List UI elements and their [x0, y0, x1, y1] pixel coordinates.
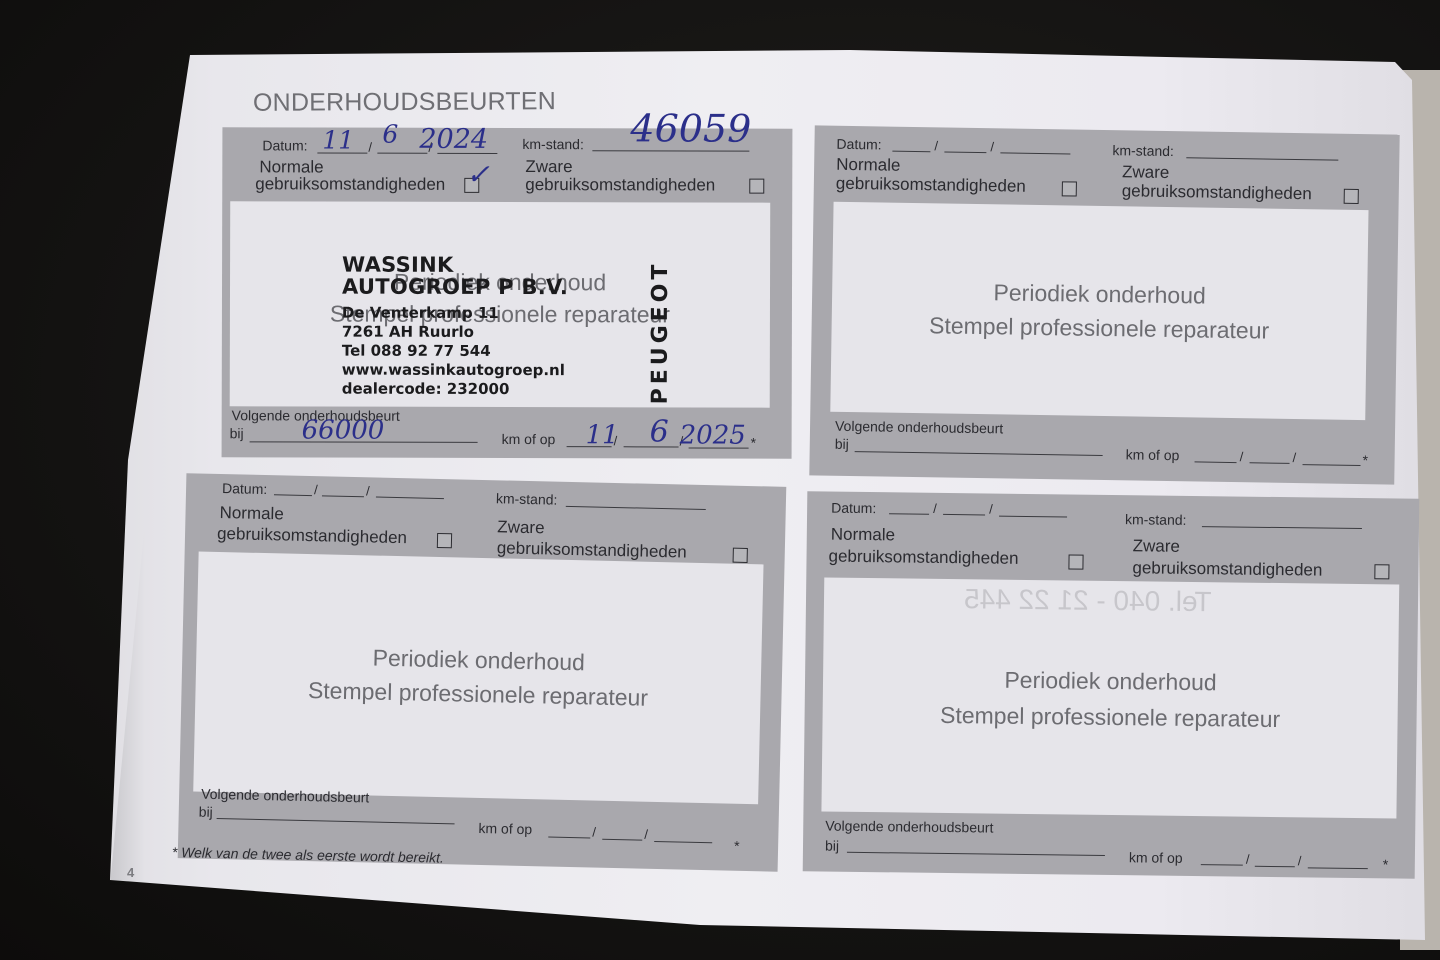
date-label: Datum:: [262, 137, 307, 153]
km-or-on-label: km of op: [478, 820, 532, 837]
heavy-conditions-checkbox[interactable]: [749, 179, 764, 194]
next-date-month-field[interactable]: [602, 839, 642, 841]
dealer-code: dealercode: 232000: [342, 380, 568, 400]
handwritten-next-day: 11: [586, 420, 619, 450]
dealer-stamp: WASSINK AUTOGROEP P B.V. De Venterkamp 1…: [342, 254, 569, 400]
heavy-conditions-checkbox[interactable]: [733, 548, 748, 563]
service-entry-2: Datum: / / km-stand: Normale gebruiksoms…: [809, 125, 1399, 484]
heavy-conditions-checkbox[interactable]: [1374, 564, 1389, 579]
heavy-conditions-label: Zware: [1122, 163, 1170, 182]
next-date-year-field[interactable]: [1308, 867, 1368, 869]
handwritten-date-month: 6: [382, 120, 398, 149]
normal-conditions-checkbox[interactable]: [437, 533, 452, 548]
date-month-field[interactable]: [943, 514, 985, 516]
date-separator: /: [990, 139, 994, 154]
date-label: Datum:: [836, 136, 881, 153]
date-day-field[interactable]: [889, 513, 929, 514]
handwritten-date-day: 11: [322, 126, 354, 155]
next-service-at-label: bij: [825, 838, 839, 854]
km-stand-field[interactable]: [566, 506, 706, 510]
page-number: 4: [127, 865, 134, 880]
stamp-placeholder-subtitle: Stempel professionele reparateur: [831, 308, 1366, 349]
handwritten-next-month: 6: [650, 414, 669, 449]
date-day-field[interactable]: [892, 151, 930, 153]
dealer-website: www.wassinkautogroep.nl: [342, 361, 568, 381]
service-entry-4: Datum: / / km-stand: Normale gebruiksoms…: [803, 491, 1420, 878]
date-separator: /: [934, 138, 938, 153]
km-stand-label: km-stand:: [1112, 142, 1174, 159]
date-separator: /: [368, 140, 372, 155]
next-service-label: Volgende onderhoudsbeurt: [825, 818, 993, 836]
heavy-conditions-label: gebruiksomstandigheden: [1132, 559, 1322, 579]
next-date-month-field[interactable]: [1250, 462, 1290, 464]
date-separator: /: [989, 501, 993, 516]
date-month-field[interactable]: [322, 495, 364, 497]
brand-logo: PEUGEOT: [648, 261, 673, 405]
date-separator: /: [933, 501, 937, 516]
date-year-field[interactable]: [999, 516, 1067, 518]
service-entry-1: Datum: / / 11 6 2024 km-stand: 46059 Nor…: [222, 127, 793, 458]
dealer-name: WASSINK: [342, 254, 568, 277]
date-month-field[interactable]: [944, 151, 986, 153]
next-service-km-field[interactable]: [847, 852, 1105, 856]
km-or-on-label: km of op: [1126, 446, 1180, 463]
date-separator: /: [1240, 449, 1244, 464]
dealer-stamp-area: Tel. 040 - 21 22 445 Periodiek onderhoud…: [821, 577, 1399, 818]
handwritten-date-year: 2024: [419, 124, 488, 155]
next-service-at-label: bij: [199, 804, 213, 820]
km-or-on-label: km of op: [1129, 849, 1183, 866]
page-title: ONDERHOUDSBEURTEN: [253, 87, 556, 118]
heavy-conditions-label: gebruiksomstandigheden: [525, 176, 715, 194]
date-separator: /: [1293, 450, 1297, 465]
date-label: Datum:: [222, 480, 267, 497]
km-stand-label: km-stand:: [522, 136, 584, 152]
date-separator: /: [592, 825, 596, 840]
dealer-stamp-area: Periodiek onderhoud Stempel professionel…: [230, 201, 771, 407]
next-date-year-field[interactable]: [654, 841, 712, 843]
normal-conditions-label: gebruiksomstandigheden: [255, 175, 445, 193]
next-date-day-field[interactable]: [548, 837, 590, 839]
dealer-city: 7261 AH Ruurlo: [342, 323, 568, 343]
date-separator: /: [314, 482, 318, 497]
next-date-day-field[interactable]: [1201, 864, 1243, 866]
heavy-conditions-label: Zware: [1133, 537, 1180, 556]
date-year-field[interactable]: [376, 497, 444, 500]
normal-conditions-label: Normale: [219, 504, 284, 523]
next-date-year-field[interactable]: [1303, 464, 1361, 466]
handwritten-km-stand: 46059: [630, 106, 751, 150]
bleed-through-text: Tel. 040 - 21 22 445: [964, 583, 1212, 618]
dealer-stamp-area: Periodiek onderhoud Stempel professionel…: [830, 202, 1368, 420]
km-stand-field[interactable]: [1202, 526, 1362, 529]
stamp-placeholder-title: Periodiek onderhoud: [823, 661, 1398, 701]
date-separator: /: [644, 827, 648, 842]
dealer-stamp-area: Periodiek onderhoud Stempel professionel…: [193, 552, 763, 805]
normal-conditions-checkbox[interactable]: [1068, 554, 1083, 569]
next-date-month-field[interactable]: [1255, 866, 1295, 867]
next-service-km-field[interactable]: [217, 818, 455, 824]
heavy-conditions-label: Zware: [497, 518, 545, 537]
handwritten-next-km: 66000: [302, 415, 385, 445]
dealer-street: De Venterkamp 11: [342, 304, 568, 324]
next-date-day-field[interactable]: [1195, 461, 1237, 463]
next-service-km-field[interactable]: [855, 451, 1103, 456]
km-stand-label: km-stand:: [1125, 511, 1187, 528]
date-label: Datum:: [831, 500, 876, 517]
normal-conditions-label: Normale: [831, 526, 895, 545]
date-day-field[interactable]: [274, 494, 312, 496]
km-stand-field[interactable]: [1186, 157, 1338, 160]
normal-conditions-label: gebruiksomstandigheden: [217, 525, 407, 547]
heavy-conditions-label: Zware: [525, 158, 572, 176]
asterisk: *: [734, 838, 740, 854]
heavy-conditions-checkbox[interactable]: [1344, 189, 1359, 204]
normal-conditions-label: gebruiksomstandigheden: [828, 548, 1018, 568]
heavy-conditions-label: gebruiksomstandigheden: [1122, 182, 1312, 203]
date-separator: /: [1298, 853, 1302, 868]
dealer-phone: Tel 088 92 77 544: [342, 342, 568, 362]
asterisk: *: [1362, 452, 1368, 468]
normal-conditions-label: Normale: [836, 156, 901, 175]
normal-conditions-checkbox[interactable]: [1062, 181, 1077, 196]
stamp-placeholder-subtitle: Stempel professionele reparateur: [822, 697, 1397, 737]
checkmark-icon: ✓: [466, 158, 490, 191]
next-service-at-label: bij: [835, 436, 849, 452]
normal-conditions-label: gebruiksomstandigheden: [836, 175, 1026, 196]
next-service-at-label: bij: [230, 425, 244, 441]
km-stand-label: km-stand:: [496, 490, 558, 507]
asterisk: *: [1383, 856, 1389, 872]
next-service-label: Volgende onderhoudsbeurt: [201, 786, 369, 806]
handwritten-next-year: 2025: [680, 420, 746, 450]
km-or-on-label: km of op: [502, 431, 556, 447]
date-separator: /: [366, 483, 370, 498]
next-service-label: Volgende onderhoudsbeurt: [835, 418, 1003, 437]
dealer-name: AUTOGROEP P B.V.: [342, 276, 568, 299]
asterisk: *: [751, 435, 756, 451]
date-separator: /: [1246, 852, 1250, 867]
date-year-field[interactable]: [1000, 152, 1070, 154]
service-entry-3: Datum: / / km-stand: Normale gebruiksoms…: [178, 473, 787, 872]
